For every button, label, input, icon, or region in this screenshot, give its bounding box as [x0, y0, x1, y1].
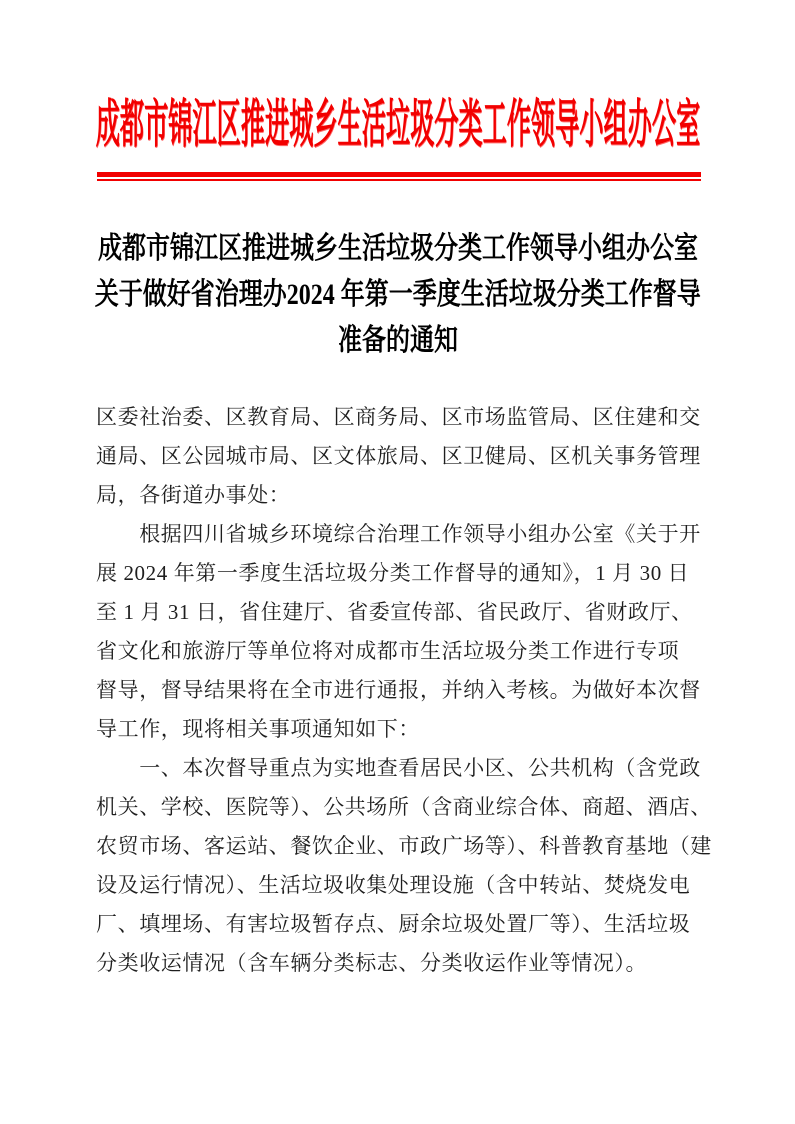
body-line: 厂、填埋场、有害垃圾暂存点、厨余垃圾处置厂等）、生活垃圾	[96, 905, 716, 944]
body-line: 局，各街道办事处：	[96, 476, 716, 515]
title-line: 准备的通知	[0, 314, 795, 360]
document-page: 成都市锦江区推进城乡生活垃圾分类工作领导小组办公室 成都市锦江区推进城乡生活垃圾…	[0, 0, 795, 1124]
body-line: 督导，督导结果将在全市进行通报，并纳入考核。为做好本次督	[96, 671, 716, 710]
document-title: 成都市锦江区推进城乡生活垃圾分类工作领导小组办公室 关于做好省治理办2024 年…	[0, 222, 795, 360]
title-line: 成都市锦江区推进城乡生活垃圾分类工作领导小组办公室	[0, 222, 795, 268]
body-line: 设及运行情况）、生活垃圾收集处理设施（含中转站、焚烧发电	[96, 866, 716, 905]
addressee-paragraph: 区委社治委、区教育局、区商务局、区市场监管局、区住建和交 通局、区公园城市局、区…	[96, 398, 716, 515]
item-one-paragraph: 一、本次督导重点为实地查看居民小区、公共机构（含党政 机关、学校、医院等）、公共…	[96, 749, 716, 983]
title-text-line-1: 成都市锦江区推进城乡生活垃圾分类工作领导小组办公室	[98, 223, 698, 267]
title-text-line-2: 关于做好省治理办2024 年第一季度生活垃圾分类工作督导	[95, 269, 701, 313]
body-line: 机关、学校、医院等）、公共场所（含商业综合体、商超、酒店、	[96, 788, 716, 827]
red-double-rule	[97, 172, 701, 181]
body-line: 至 1 月 31 日，省住建厅、省委宣传部、省民政厅、省财政厅、	[96, 593, 716, 632]
body-line: 通局、区公园城市局、区文体旅局、区卫健局、区机关事务管理	[96, 437, 716, 476]
title-line: 关于做好省治理办2024 年第一季度生活垃圾分类工作督导	[0, 268, 795, 314]
letterhead-text: 成都市锦江区推进城乡生活垃圾分类工作领导小组办公室	[95, 96, 700, 156]
body-line: 分类收运情况（含车辆分类标志、分类收运作业等情况）。	[96, 944, 716, 983]
body-line: 区委社治委、区教育局、区商务局、区市场监管局、区住建和交	[96, 398, 716, 437]
letterhead-banner: 成都市锦江区推进城乡生活垃圾分类工作领导小组办公室	[0, 96, 795, 156]
body-line: 根据四川省城乡环境综合治理工作领导小组办公室《关于开	[96, 515, 716, 554]
body-line: 一、本次督导重点为实地查看居民小区、公共机构（含党政	[96, 749, 716, 788]
body-line: 导工作，现将相关事项通知如下：	[96, 710, 716, 749]
body-line: 农贸市场、客运站、餐饮企业、市政广场等）、科普教育基地（建	[96, 827, 716, 866]
divider-thin-line	[97, 179, 701, 181]
body-line: 省文化和旅游厅等单位将对成都市生活垃圾分类工作进行专项	[96, 632, 716, 671]
document-body: 区委社治委、区教育局、区商务局、区市场监管局、区住建和交 通局、区公园城市局、区…	[96, 398, 716, 983]
title-text-line-3: 准备的通知	[338, 315, 458, 359]
body-line: 展 2024 年第一季度生活垃圾分类工作督导的通知》，1 月 30 日	[96, 554, 716, 593]
intro-paragraph: 根据四川省城乡环境综合治理工作领导小组办公室《关于开 展 2024 年第一季度生…	[96, 515, 716, 749]
